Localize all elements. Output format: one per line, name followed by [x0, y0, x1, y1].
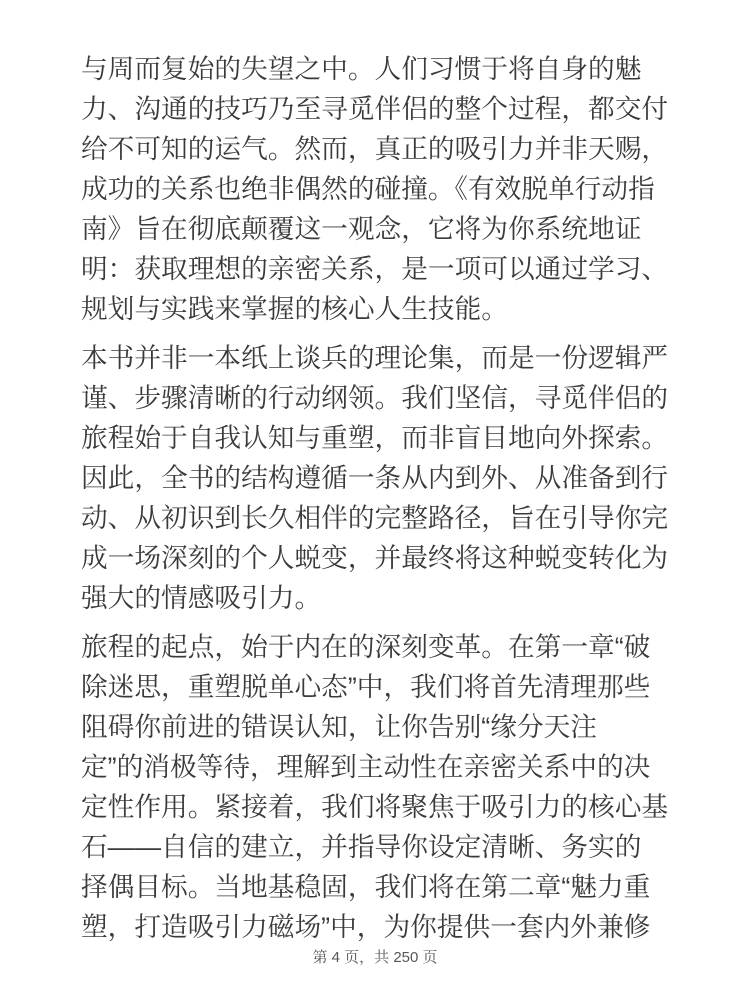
document-body-text: 与周而复始的失望之中。人们习惯于将自身的魅 力、沟通的技巧乃至寻觅伴侣的整个过程…: [81, 49, 671, 947]
page-number-footer: 第 4 页，共 250 页: [0, 948, 750, 968]
paragraph-1: 与周而复始的失望之中。人们习惯于将自身的魅 力、沟通的技巧乃至寻觅伴侣的整个过程…: [81, 49, 671, 329]
document-page: 与周而复始的失望之中。人们习惯于将自身的魅 力、沟通的技巧乃至寻觅伴侣的整个过程…: [0, 0, 750, 1000]
paragraph-3: 旅程的起点，始于内在的深刻变革。在第一章“破 除迷思，重塑脱单心态”中，我们将首…: [81, 627, 671, 947]
paragraph-2: 本书并非一本纸上谈兵的理论集，而是一份逻辑严 谨、步骤清晰的行动纲领。我们坚信，…: [81, 338, 671, 618]
